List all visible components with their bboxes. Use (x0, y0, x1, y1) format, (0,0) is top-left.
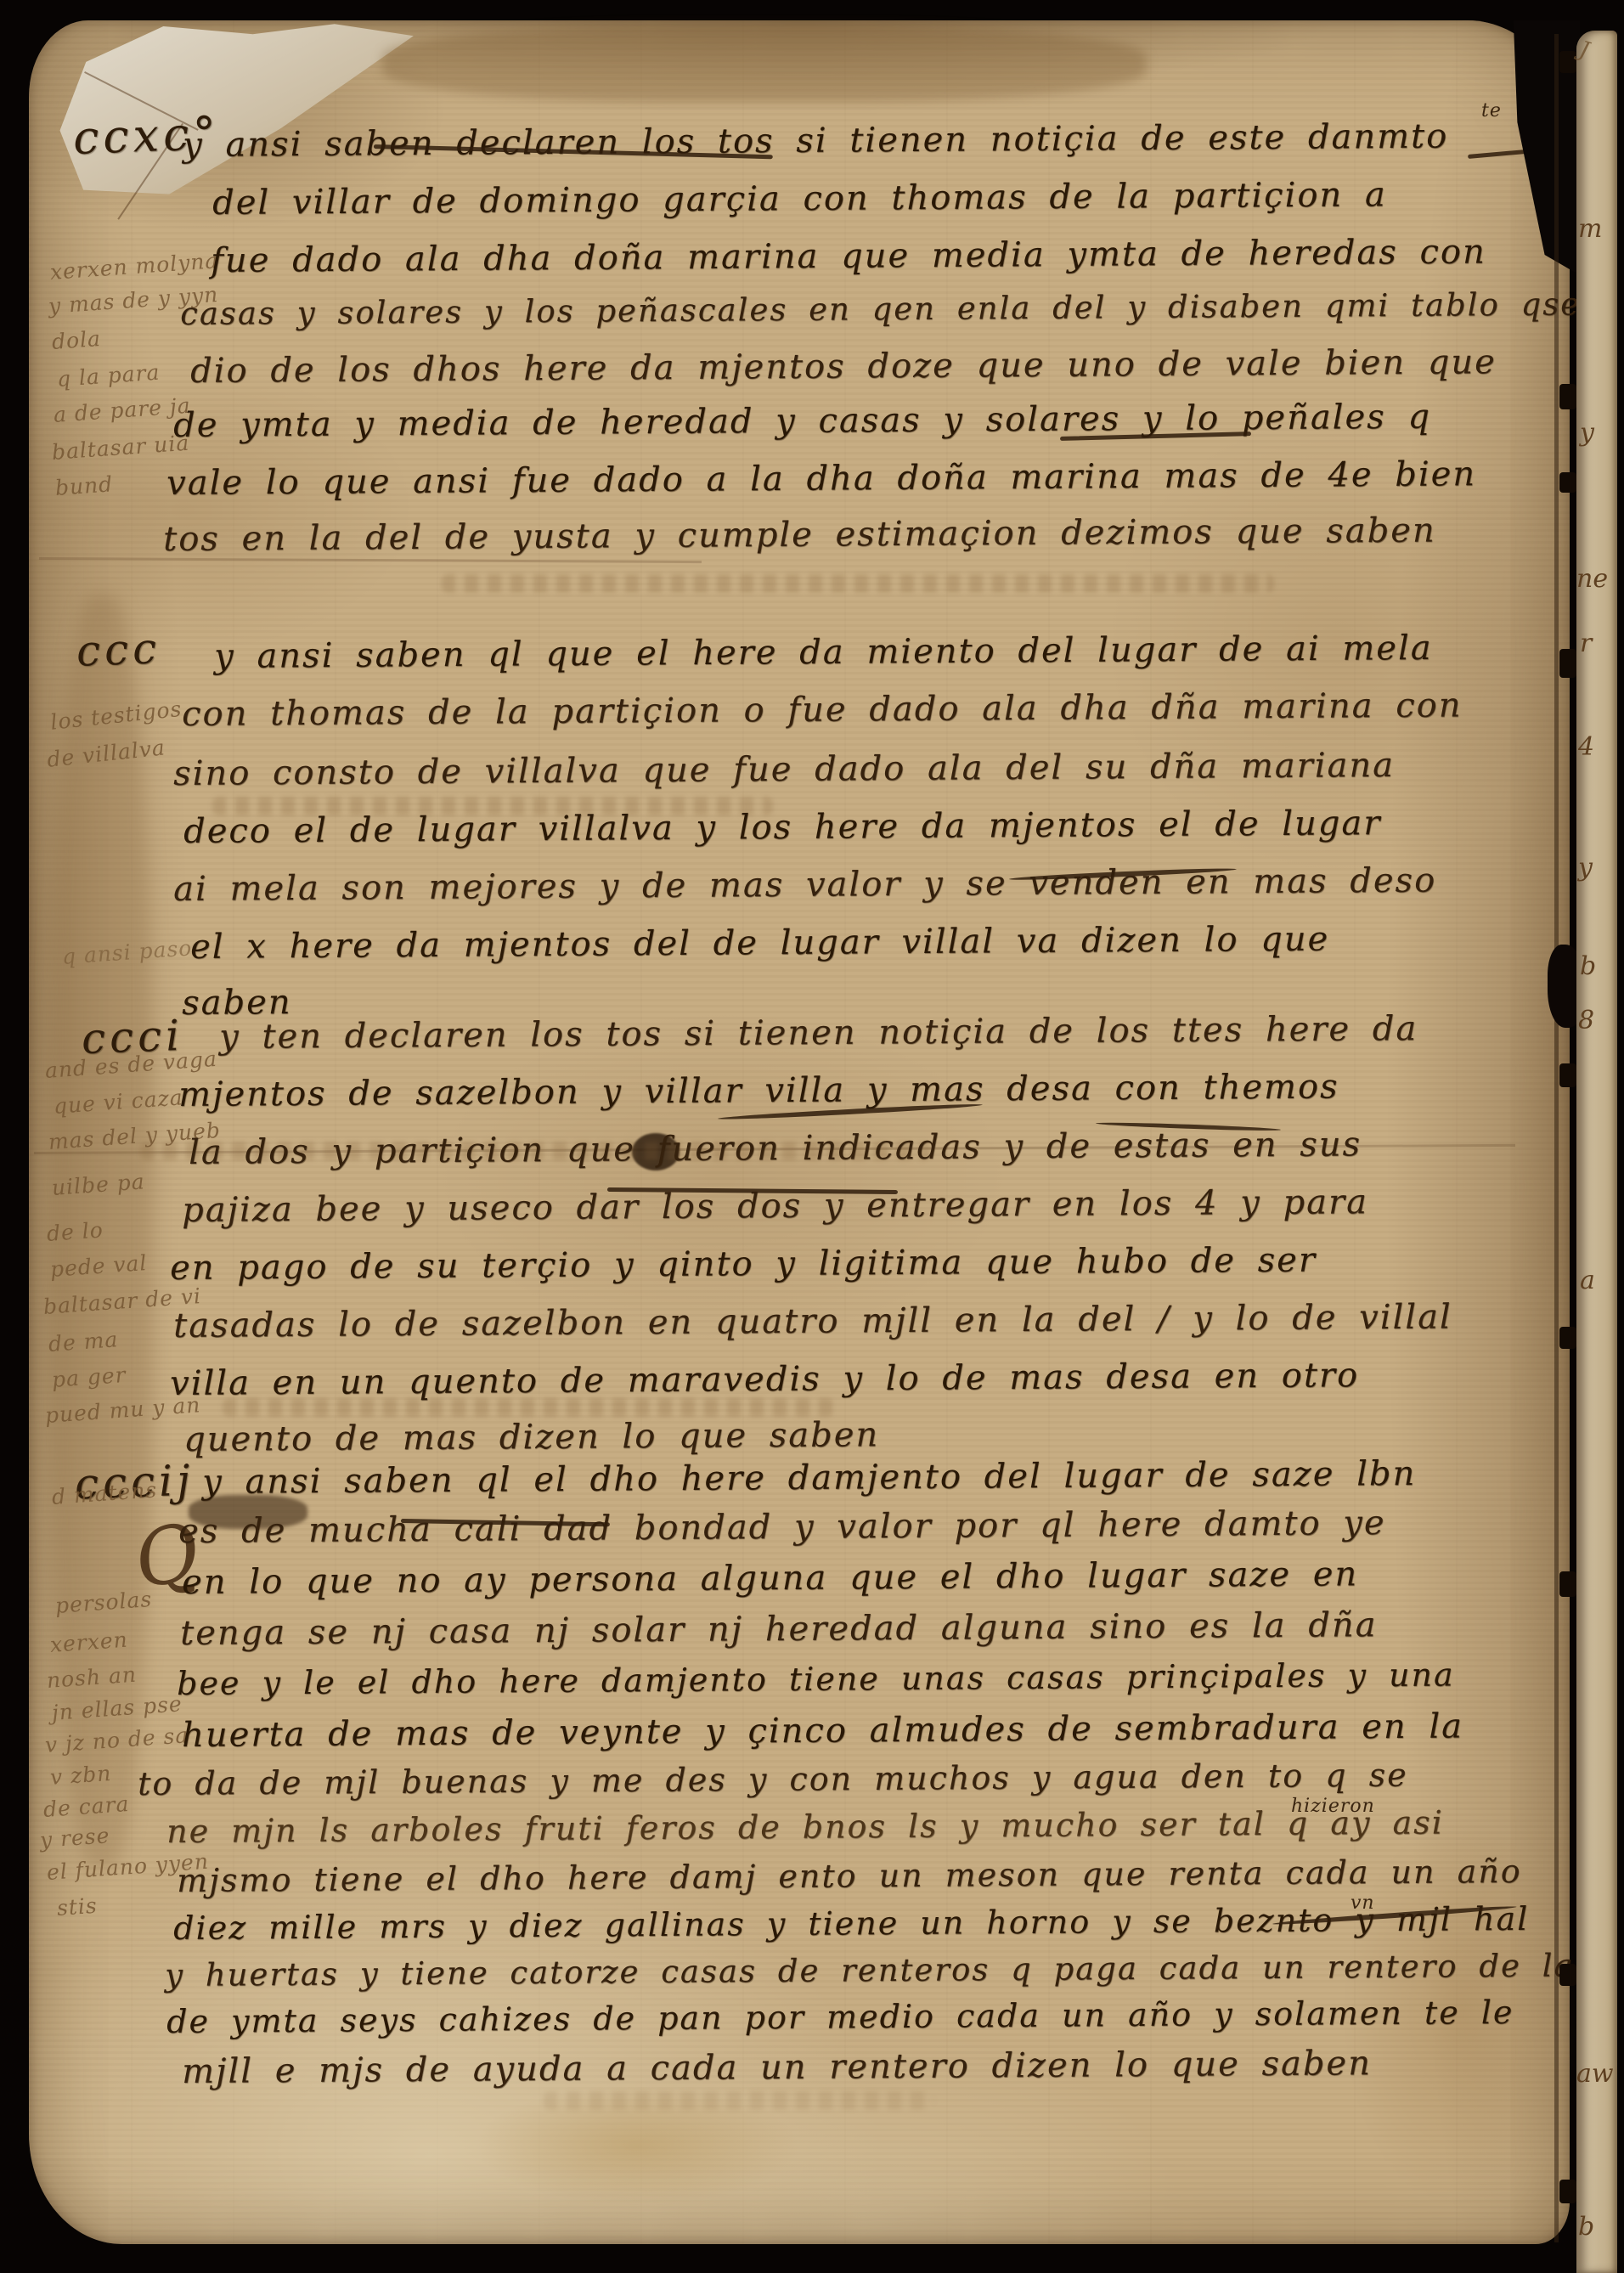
margin-note: bund (54, 471, 114, 500)
sliver-text-fragment: ne (1576, 564, 1608, 594)
stitch-hole (1559, 51, 1576, 73)
sliver-text-fragment: a (1580, 1266, 1595, 1295)
manuscript-line: en pago de su terçio y qinto y ligitima … (170, 1241, 1317, 1288)
stain (382, 25, 1147, 102)
stitch-hole (1559, 2180, 1576, 2203)
sliver-text-fragment: 4 (1578, 732, 1594, 762)
manuscript-line: en lo que no ay persona alguna que el dh… (182, 1554, 1358, 1602)
stitch-hole (1559, 472, 1576, 493)
stitch-hole (1559, 1964, 1576, 1986)
margin-note: de ma (48, 1327, 119, 1356)
superscript-note: vn (1351, 1892, 1375, 1914)
sliver-text-fragment: y (1578, 853, 1593, 883)
margin-note: pa ger (51, 1362, 127, 1392)
manuscript-line: tenga se nj casa nj solar nj heredad alg… (180, 1605, 1378, 1653)
manuscript-line: la dos y partiçion que fueron indicadas … (189, 1125, 1362, 1172)
margin-note: stis (56, 1893, 99, 1920)
stitch-hole (1559, 1063, 1576, 1087)
manuscript-line: deco el de lugar villalva y los here da … (183, 804, 1382, 851)
section-number: ccc (76, 623, 161, 675)
margin-note: y rese (39, 1823, 110, 1853)
manuscript-scan: ccxc° ccc ccci cccij xerxen molyna y mas… (0, 0, 1624, 2273)
manuscript-line: del villar de domingo garçia con thomas … (212, 175, 1387, 223)
bleed-through-mark (544, 2091, 934, 2110)
manuscript-line: mjentos de sazelbon y villar villa y mas… (178, 1067, 1339, 1114)
manuscript-line: y ten declaren los tos si tienen notiçia… (219, 1009, 1418, 1057)
margin-note: de lo (46, 1217, 104, 1246)
stitch-hole (1559, 649, 1576, 678)
stitch-hole (1559, 1327, 1576, 1349)
superscript-note: hizieron (1291, 1796, 1375, 1817)
sliver-text-fragment: aw (1576, 2059, 1614, 2089)
facing-page-sliver (1576, 31, 1617, 2273)
manuscript-line: quento de mas dizen lo que saben (183, 1415, 879, 1459)
stitch-hole (1559, 384, 1576, 409)
sliver-text-fragment: b (1580, 951, 1596, 981)
manuscript-line: el x here da mjentos del de lugar villal… (190, 920, 1329, 967)
manuscript-line: villa en un quento de maravedis y lo de … (170, 1356, 1359, 1403)
margin-note: v zbn (49, 1761, 112, 1790)
gutter-crease (1554, 34, 1559, 2242)
bleed-through-mark (442, 574, 1274, 593)
superscript-note: te (1481, 100, 1502, 121)
sliver-text-fragment: r (1580, 629, 1592, 658)
sliver-text-fragment: b (1578, 2212, 1594, 2242)
stitch-hole (1559, 1571, 1576, 1597)
sliver-text-fragment: y (1580, 418, 1594, 448)
margin-note: dola (51, 326, 102, 354)
sliver-text-fragment: m (1578, 214, 1602, 244)
manuscript-line: mjll e mjs de ayuda a cada un rentero di… (182, 2044, 1372, 2091)
sliver-text-fragment: 8 (1578, 1006, 1594, 1035)
